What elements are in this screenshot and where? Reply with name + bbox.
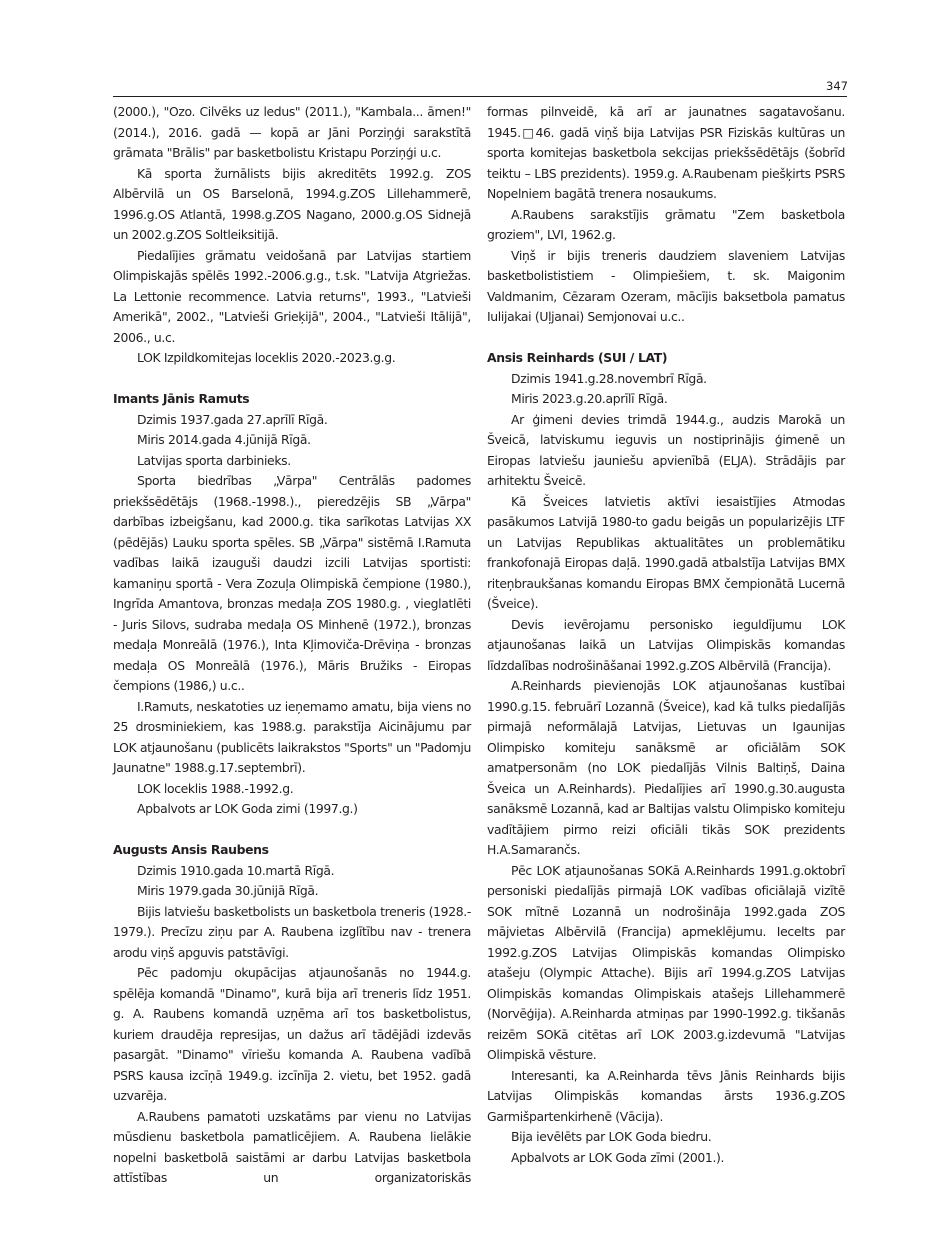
bio-heading-reinhards: Ansis Reinhards (SUI / LAT): [487, 348, 845, 369]
paragraph: A.Raubens sarakstījis grāmatu "Zem baske…: [487, 205, 845, 246]
paragraph: Bijis latviešu basketbolists un basketbo…: [113, 902, 471, 964]
paragraph: Apbalvots ar LOK Goda zīmi (2001.).: [487, 1148, 845, 1169]
paragraph: Miris 2023.g.20.aprīlī Rīgā.: [487, 389, 845, 410]
paragraph: Sporta biedrības „Vārpa" Centrālās padom…: [113, 471, 471, 697]
paragraph: Dzimis 1937.gada 27.aprīlī Rīgā.: [113, 410, 471, 431]
paragraph: Dzimis 1910.gada 10.martā Rīgā.: [113, 861, 471, 882]
paragraph: Dzimis 1941.g.28.novembrī Rīgā.: [487, 369, 845, 390]
paragraph: Latvijas sporta darbinieks.: [113, 451, 471, 472]
left-column: (2000.), "Ozo. Cilvēks uz ledus" (2011.)…: [113, 102, 471, 1189]
paragraph: Miris 1979.gada 30.jūnijā Rīgā.: [113, 881, 471, 902]
paragraph: Ar ģimeni devies trimdā 1944.g., audzis …: [487, 410, 845, 492]
paragraph: formas pilnveidē, kā arī ar jaunatnes sa…: [487, 102, 845, 205]
paragraph: Viņš ir bijis treneris daudziem slavenie…: [487, 246, 845, 328]
paragraph: Pēc padomju okupācijas atjaunošanās no 1…: [113, 963, 471, 1107]
paragraph: (2000.), "Ozo. Cilvēks uz ledus" (2011.)…: [113, 102, 471, 164]
right-column: formas pilnveidē, kā arī ar jaunatnes sa…: [487, 102, 845, 1168]
bio-heading-ramuts: Imants Jānis Ramuts: [113, 389, 471, 410]
paragraph: Bija ievēlēts par LOK Goda biedru.: [487, 1127, 845, 1148]
paragraph: Piedalījies grāmatu veidošanā par Latvij…: [113, 246, 471, 349]
paragraph: Miris 2014.gada 4.jūnijā Rīgā.: [113, 430, 471, 451]
paragraph: Kā sporta žurnālists bijis akreditēts 19…: [113, 164, 471, 246]
paragraph: A.Reinhards pievienojās LOK atjaunošanas…: [487, 676, 845, 861]
paragraph: Interesanti, ka A.Reinharda tēvs Jānis R…: [487, 1066, 845, 1128]
paragraph: A.Raubens pamatoti uzskatāms par vienu n…: [113, 1107, 471, 1189]
paragraph: Pēc LOK atjaunošanas SOKā A.Reinhards 19…: [487, 861, 845, 1066]
paragraph: LOK Izpildkomitejas loceklis 2020.-2023.…: [113, 348, 471, 369]
page-number: 347: [826, 79, 848, 93]
paragraph: LOK loceklis 1988.-1992.g.: [113, 779, 471, 800]
header-rule: [113, 96, 847, 97]
paragraph: Kā Šveices latvietis aktīvi iesaistījies…: [487, 492, 845, 615]
paragraph: Apbalvots ar LOK Goda zimi (1997.g.): [113, 799, 471, 820]
paragraph: Devis ievērojamu personisko ieguldījumu …: [487, 615, 845, 677]
paragraph: I.Ramuts, neskatoties uz ieņemamo amatu,…: [113, 697, 471, 779]
bio-heading-raubens: Augusts Ansis Raubens: [113, 840, 471, 861]
